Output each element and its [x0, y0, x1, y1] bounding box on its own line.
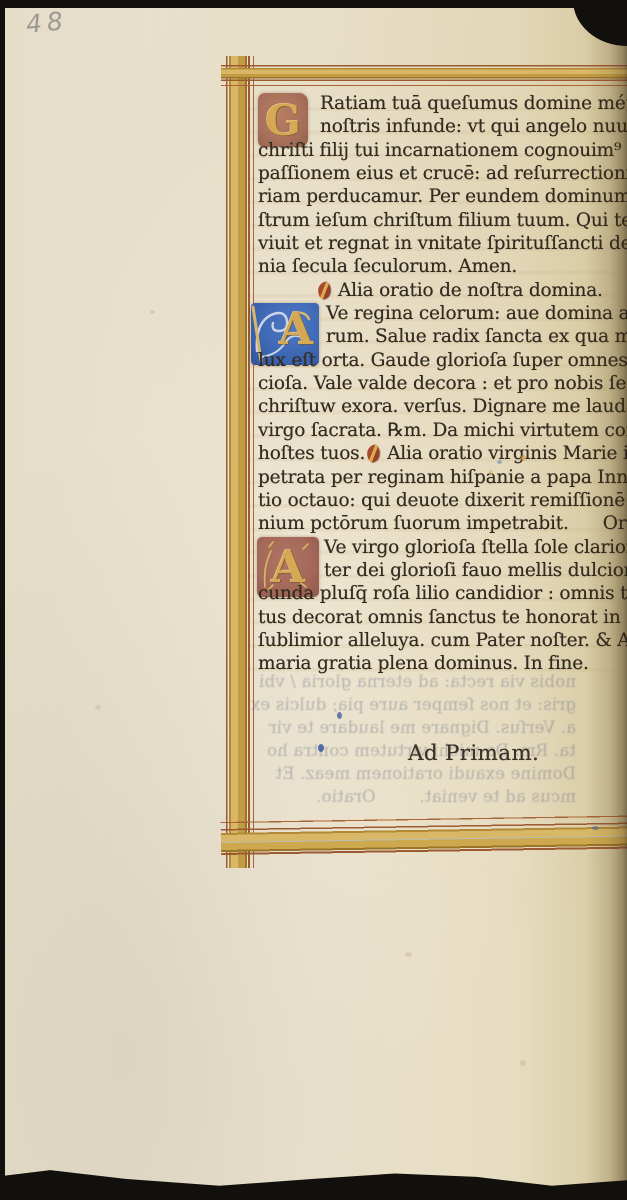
text-line: chriſtuw exora. verſus. Dignare me lauda…	[258, 395, 627, 418]
text-line: nium pctōrum ſuorum impetrabit. Oratio	[258, 512, 627, 535]
text-line: tio octauo: qui deuote dixerit remiſſion…	[258, 489, 627, 512]
manuscript-photo: 48 nobis via recta: ad eterna gloria / v…	[0, 0, 627, 1200]
text-line: maria gratia plena dominus. In fine.	[258, 652, 627, 675]
bleedthrough-line: mcus ad te veniat. Oratio.	[246, 785, 576, 808]
ink-speck	[592, 826, 599, 830]
text-line: nia ſecula ſeculorum. Amen.	[258, 255, 627, 278]
text-line: noſtris infunde: vt qui angelo nuucian	[258, 115, 627, 138]
text-line: ſublimior alleluya. cum Pater noſter. & …	[258, 629, 627, 652]
text-line: paſſionem eius et crucē: ad reſurrection…	[258, 162, 627, 185]
border-frame-left	[226, 56, 256, 868]
text-line: Ratiam tuā queſumus domine métibu	[258, 92, 627, 115]
gold-speck	[489, 470, 493, 475]
text-line: hoſtes tuos.Alia oratio virginis Marie i	[258, 442, 627, 465]
folio-number: 48	[25, 6, 70, 39]
leaf-ornament-icon	[316, 280, 333, 300]
border-frame-bottom	[221, 814, 627, 866]
text-line: lux eſt orta. Gaude glorioſa ſuper omnes…	[258, 349, 627, 372]
border-frame-top	[221, 64, 627, 90]
gold-speck	[521, 455, 526, 461]
text-line: tus decorat omnis ſanctus te honorat in …	[258, 606, 627, 629]
text-line: cunda pluſq̄ roſa lilio candidior : omni…	[258, 582, 627, 605]
bleedthrough-line: gris: et nos ſemper aure pia; dulcis ex	[246, 693, 576, 716]
text-block: Ratiam tuā queſumus domine métibu noſtri…	[258, 92, 627, 676]
text-line: cioſa. Vale valde decora : et pro nobis …	[258, 372, 627, 395]
foxing-spot	[150, 310, 155, 314]
ink-speck	[337, 712, 342, 719]
bleedthrough-text: nobis via recta: ad eterna gloria / vbi …	[246, 670, 576, 808]
foxing-spot	[95, 705, 101, 710]
rubric-line: Alia oratio de noſtra domina.	[258, 279, 627, 302]
text-line: riam perducamur. Per eundem dominum n	[258, 185, 627, 208]
text-line: ſtrum ieſum chriſtum filium tuum. Qui te…	[258, 209, 627, 232]
rubric-text: Alia oratio de noſtra domina.	[338, 280, 603, 301]
ink-speck	[318, 744, 324, 752]
text-segment: hoſtes tuos.	[258, 443, 365, 464]
bleedthrough-line: a. Verſus. Dignare me laudare te vir	[246, 716, 576, 739]
text-segment: Alia oratio virginis Marie i	[387, 443, 627, 464]
text-line: Ve virgo glorioſa ſtella ſole clarior: m	[258, 536, 627, 559]
text-line: chriſti filij tui incarnationem cognouim…	[258, 139, 627, 162]
foxing-spot	[405, 952, 412, 957]
section-heading: Ad Primam.	[408, 741, 539, 766]
leaf-ornament-icon	[365, 444, 382, 464]
text-line: ter dei glorioſi fauo mellis dulcior rub	[258, 559, 627, 582]
photo-edge-left	[0, 0, 5, 1200]
text-line: virgo ſacrata. ℞m. Da michi virtutem con…	[258, 419, 627, 442]
text-line: Ve regina celorum: aue domina angelo	[258, 302, 627, 325]
ink-speck	[497, 460, 502, 464]
text-line: rum. Salue radix ſancta ex qua mund	[258, 325, 627, 348]
text-line: petrata per reginam hiſpanie a papa Inno…	[258, 466, 627, 489]
foxing-spot	[520, 1060, 526, 1066]
text-line: viuit et regnat in vnitate ſpirituſſanct…	[258, 232, 627, 255]
photo-edge-top	[0, 0, 627, 8]
